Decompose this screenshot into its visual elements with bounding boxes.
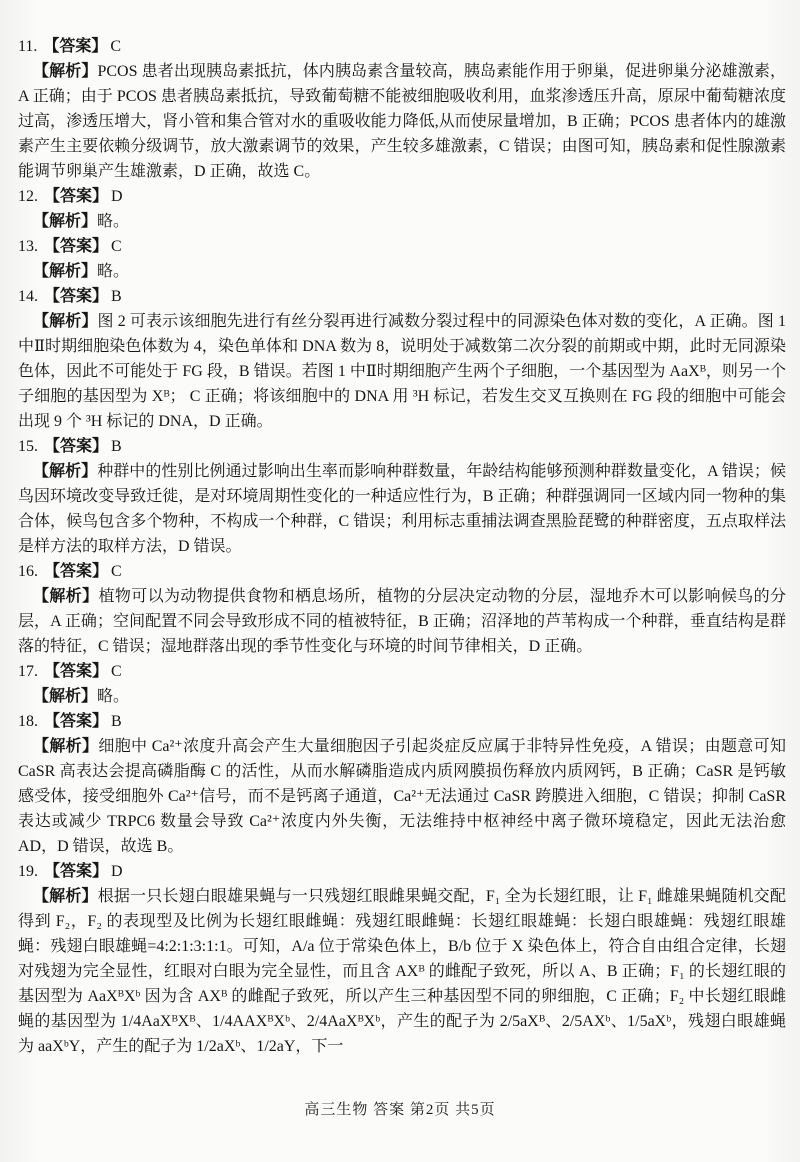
analysis-paragraph: 【解析】略。 [18, 259, 786, 284]
analysis-paragraph: 【解析】种群中的性别比例通过影响出生率而影响种群数量，年龄结构能够预测种群数量变… [18, 459, 786, 559]
analysis-label: 【解析】 [33, 63, 97, 80]
analysis-label: 【解析】 [33, 213, 97, 230]
answer-label: 【答案】 [44, 438, 108, 455]
analysis-text: 图 2 可表示该细胞先进行有丝分裂再进行减数分裂过程中的同源染色体对数的变化，A… [18, 313, 786, 430]
answer-label: 【答案】 [44, 713, 108, 730]
analysis-text: 略。 [97, 213, 129, 230]
analysis-paragraph: 【解析】略。 [18, 209, 786, 234]
analysis-paragraph: 【解析】根据一只长翅白眼雄果蝇与一只残翅红眼雌果蝇交配，F₁ 全为长翅红眼，让 … [18, 884, 786, 1059]
question-number: 14. [18, 284, 38, 309]
question-17: 17.【答案】C 【解析】略。 [18, 659, 786, 709]
question-number: 11. [18, 34, 37, 59]
analysis-text: 根据一只长翅白眼雄果蝇与一只残翅红眼雌果蝇交配，F₁ 全为长翅红眼，让 F₁ 雌… [18, 888, 786, 1055]
analysis-label: 【解析】 [33, 463, 97, 480]
question-16: 16.【答案】C 【解析】植物可以为动物提供食物和栖息场所，植物的分层决定动物的… [18, 559, 786, 659]
page-footer: 高三生物 答案 第2页 共5页 [0, 1098, 800, 1119]
analysis-label: 【解析】 [33, 738, 98, 755]
answer-label: 【答案】 [44, 288, 108, 305]
question-12: 12.【答案】D 【解析】略。 [18, 184, 786, 234]
answer-value: B [111, 438, 122, 455]
answer-line: 17.【答案】C [18, 659, 786, 684]
question-15: 15.【答案】B 【解析】种群中的性别比例通过影响出生率而影响种群数量，年龄结构… [18, 434, 786, 559]
analysis-label: 【解析】 [33, 688, 97, 705]
question-18: 18.【答案】B 【解析】细胞中 Ca²⁺浓度升高会产生大量细胞因子引起炎症反应… [18, 709, 786, 859]
answer-label: 【答案】 [43, 38, 107, 55]
analysis-paragraph: 【解析】细胞中 Ca²⁺浓度升高会产生大量细胞因子引起炎症反应属于非特异性免疫，… [18, 734, 786, 859]
question-13: 13.【答案】C 【解析】略。 [18, 234, 786, 284]
answer-value: B [111, 713, 122, 730]
answer-value: D [111, 863, 123, 880]
question-number: 16. [18, 559, 38, 584]
question-11: 11.【答案】C 【解析】PCOS 患者出现胰岛素抵抗，体内胰岛素含量较高，胰岛… [18, 34, 786, 184]
answer-label: 【答案】 [44, 863, 108, 880]
analysis-paragraph: 【解析】PCOS 患者出现胰岛素抵抗，体内胰岛素含量较高，胰岛素能作用于卵巢，促… [18, 59, 786, 184]
answer-label: 【答案】 [44, 663, 108, 680]
question-number: 15. [18, 434, 38, 459]
answer-line: 14.【答案】B [18, 284, 786, 309]
question-number: 18. [18, 709, 38, 734]
answer-line: 16.【答案】C [18, 559, 786, 584]
analysis-text: 种群中的性别比例通过影响出生率而影响种群数量，年龄结构能够预测种群数量变化，A … [18, 463, 786, 555]
question-19: 19.【答案】D 【解析】根据一只长翅白眼雄果蝇与一只残翅红眼雌果蝇交配，F₁ … [18, 859, 786, 1059]
analysis-label: 【解析】 [33, 313, 98, 330]
answer-value: D [111, 188, 123, 205]
answer-line: 11.【答案】C [18, 34, 786, 59]
analysis-text: 植物可以为动物提供食物和栖息场所，植物的分层决定动物的分层，湿地乔木可以影响候鸟… [18, 588, 786, 655]
question-number: 13. [18, 234, 38, 259]
question-number: 19. [18, 859, 38, 884]
answer-value: C [111, 563, 122, 580]
answer-label: 【答案】 [44, 563, 108, 580]
analysis-paragraph: 【解析】图 2 可表示该细胞先进行有丝分裂再进行减数分裂过程中的同源染色体对数的… [18, 309, 786, 434]
document-page: 11.【答案】C 【解析】PCOS 患者出现胰岛素抵抗，体内胰岛素含量较高，胰岛… [0, 0, 800, 1162]
analysis-label: 【解析】 [33, 588, 99, 605]
answer-value: C [111, 238, 122, 255]
answer-value: B [111, 288, 122, 305]
question-number: 12. [18, 184, 38, 209]
answer-line: 15.【答案】B [18, 434, 786, 459]
analysis-paragraph: 【解析】略。 [18, 684, 786, 709]
analysis-label: 【解析】 [33, 888, 98, 905]
question-14: 14.【答案】B 【解析】图 2 可表示该细胞先进行有丝分裂再进行减数分裂过程中… [18, 284, 786, 434]
analysis-text: PCOS 患者出现胰岛素抵抗，体内胰岛素含量较高，胰岛素能作用于卵巢，促进卵巢分… [18, 63, 786, 180]
answer-line: 13.【答案】C [18, 234, 786, 259]
analysis-label: 【解析】 [33, 263, 97, 280]
answers-content: 11.【答案】C 【解析】PCOS 患者出现胰岛素抵抗，体内胰岛素含量较高，胰岛… [18, 34, 786, 1059]
analysis-text: 略。 [97, 263, 129, 280]
answer-label: 【答案】 [44, 238, 108, 255]
analysis-paragraph: 【解析】植物可以为动物提供食物和栖息场所，植物的分层决定动物的分层，湿地乔木可以… [18, 584, 786, 659]
analysis-text: 细胞中 Ca²⁺浓度升高会产生大量细胞因子引起炎症反应属于非特异性免疫，A 错误… [18, 738, 786, 855]
answer-line: 12.【答案】D [18, 184, 786, 209]
answer-line: 19.【答案】D [18, 859, 786, 884]
answer-label: 【答案】 [44, 188, 108, 205]
question-number: 17. [18, 659, 38, 684]
analysis-text: 略。 [97, 688, 129, 705]
answer-value: C [111, 663, 122, 680]
answer-line: 18.【答案】B [18, 709, 786, 734]
answer-value: C [110, 38, 121, 55]
